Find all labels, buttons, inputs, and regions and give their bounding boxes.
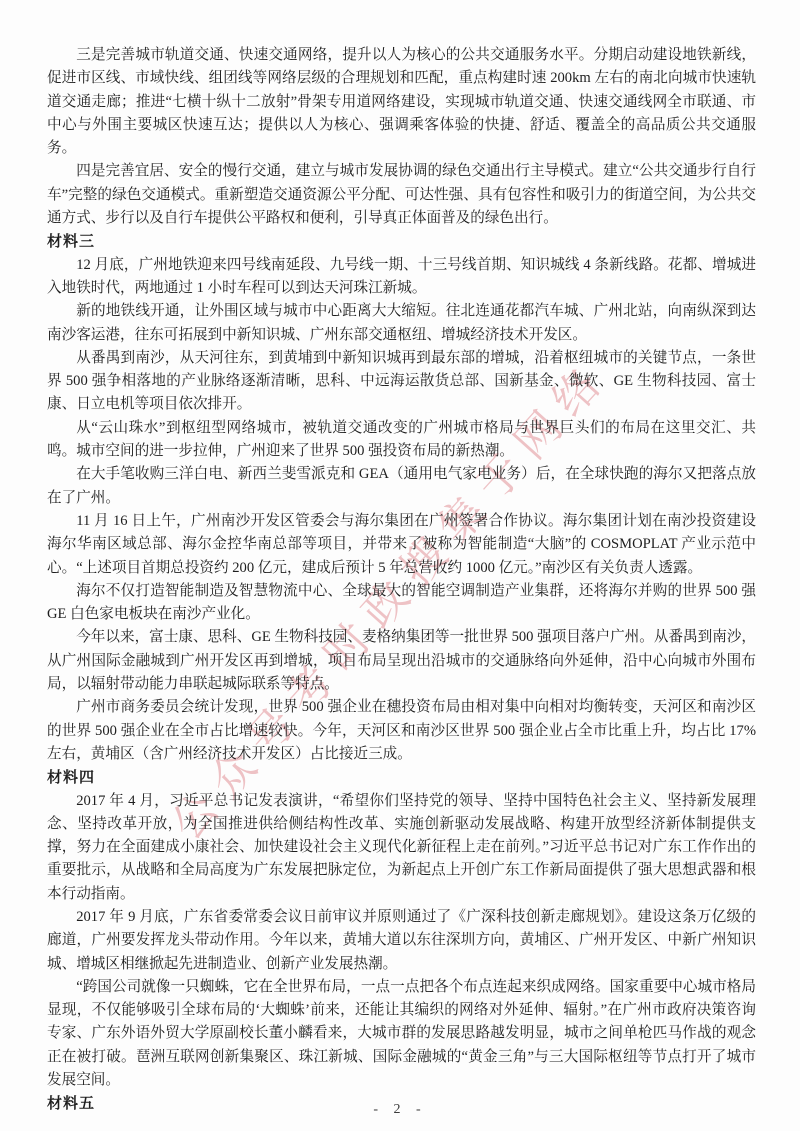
- section-heading: 材料三: [47, 230, 756, 253]
- paragraph: 从“云山珠水”到枢纽型网络城市，被轨道交通改变的广州城市格局与世界巨头们的布局在…: [47, 417, 756, 464]
- paragraph: 新的地铁线开通，让外围区域与城市中心距离大大缩短。往北连通花都汽车城、广州北站，…: [47, 300, 756, 347]
- paragraph: 广州市商务委员会统计发现，世界 500 强企业在穗投资布局由相对集中向相对均衡转…: [47, 696, 756, 766]
- paragraph: 海尔不仅打造智能制造及智慧物流中心、全球最大的智能空调制造产业集群，还将海尔并购…: [47, 580, 756, 627]
- paragraph: 四是完善宜居、安全的慢行交通，建立与城市发展协调的绿色交通出行主导模式。建立“公…: [47, 160, 756, 230]
- paragraph: 今年以来，富士康、思科、GE 生物科技园、麦格纳集团等一批世界 500 强项目落…: [47, 626, 756, 696]
- page-number: - 2 -: [0, 1102, 800, 1118]
- paragraph: 2017 年 9 月底，广东省委常委会议日前审议并原则通过了《广深科技创新走廊规…: [47, 906, 756, 976]
- paragraph: 11 月 16 日上午，广州南沙开发区管委会与海尔集团在广州签署合作协议。海尔集…: [47, 510, 756, 580]
- section-heading: 材料四: [47, 766, 756, 789]
- document-body: 三是完善城市轨道交通、快速交通网络，提升以人为核心的公共交通服务水平。分期启动建…: [47, 44, 756, 1116]
- paragraph: 12 月底，广州地铁迎来四号线南延段、九号线一期、十三号线首期、知识城线 4 条…: [47, 254, 756, 301]
- document-page: 公众号考时政搜集于网络 三是完善城市轨道交通、快速交通网络，提升以人为核心的公共…: [0, 0, 800, 1131]
- paragraph: 2017 年 4 月，习近平总书记发表演讲，“希望你们坚持党的领导、坚持中国特色…: [47, 790, 756, 906]
- paragraph: 从番禺到南沙，从天河往东，到黄埔到中新知识城再到最东部的增城，沿着枢纽城市的关键…: [47, 347, 756, 417]
- paragraph: “跨国公司就像一只蜘蛛，它在全世界布局，一点一点把各个布点连起来织成网络。国家重…: [47, 976, 756, 1092]
- paragraph: 在大手笔收购三洋白电、新西兰斐雪派克和 GEA（通用电气家电业务）后，在全球快跑…: [47, 463, 756, 510]
- paragraph: 三是完善城市轨道交通、快速交通网络，提升以人为核心的公共交通服务水平。分期启动建…: [47, 44, 756, 160]
